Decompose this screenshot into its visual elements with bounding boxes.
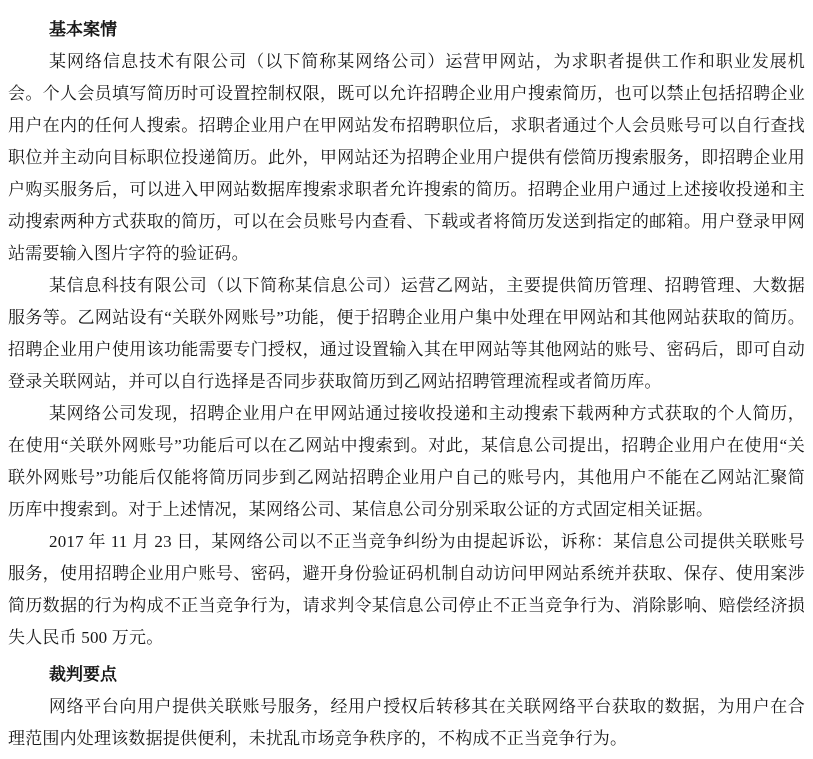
section-heading-judgment-points: 裁判要点 bbox=[8, 659, 805, 691]
paragraph-judgment-summary: 网络平台向用户提供关联账号服务，经用户授权后转移其在关联网络平台获取的数据，为用… bbox=[8, 691, 805, 755]
paragraph-discovery-and-evidence: 某网络公司发现，招聘企业用户在甲网站通过接收投递和主动搜索下载两种方式获取的个人… bbox=[8, 398, 805, 526]
paragraph-company-b-website: 某信息科技有限公司（以下简称某信息公司）运营乙网站，主要提供简历管理、招聘管理、… bbox=[8, 270, 805, 398]
document-page: 基本案情 某网络信息技术有限公司（以下简称某网络公司）运营甲网站，为求职者提供工… bbox=[0, 0, 813, 759]
section-heading-basic-facts: 基本案情 bbox=[8, 14, 805, 46]
paragraph-company-a-website: 某网络信息技术有限公司（以下简称某网络公司）运营甲网站，为求职者提供工作和职业发… bbox=[8, 46, 805, 270]
paragraph-lawsuit-claims: 2017 年 11 月 23 日，某网络公司以不正当竞争纠纷为由提起诉讼，诉称：… bbox=[8, 526, 805, 654]
